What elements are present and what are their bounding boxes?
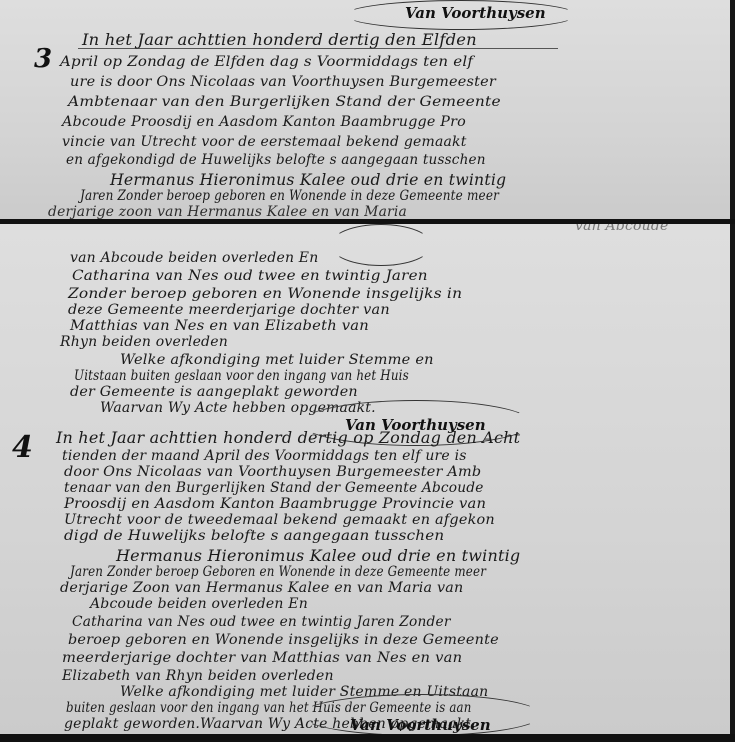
entry-3-line-7: en afgekondigd de Huwelijks belofte s aa… [66,152,486,168]
carry-over-text: van Abcoude [575,224,669,234]
entry-4-line-17: geplakt geworden. [64,716,200,732]
entry-3-line-4: Ambtenaar van den Burgerlijken Stand der… [68,94,501,110]
entry-4-line-1: tienden der maand April des Voormiddags … [62,448,467,464]
entry-4-line-8: Jaren Zonder beroep Geboren en Wonende i… [70,564,486,580]
entry-4-line-2: door Ons Nicolaas van Voorthuysen Burgem… [64,464,481,480]
entry-3-line-5: Abcoude Proosdij en Aasdom Kanton Baambr… [62,114,466,130]
continuation-line-3: deze Gemeente meerderjarige dochter van [68,302,390,318]
entry-4-line-10: Abcoude beiden overleden En [90,596,308,612]
entry-4-line-5: Utrecht voor de tweedemaal bekend gemaak… [64,512,495,528]
entry-4-line-11: Catharina van Nes oud twee en twintig Ja… [72,614,451,630]
entry-4-line-3: tenaar van den Burgerlijken Stand der Ge… [64,480,484,496]
entry-3-line-6: vincie van Utrecht voor de eerstemaal be… [62,134,467,150]
document-page-bottom: van Abcoude van Abcoude beiden overleden… [0,224,735,734]
entry-3-line-2: April op Zondag de Elfden dag s Voormidd… [60,54,473,70]
entry-4-line-7: Hermanus Hieronimus Kalee oud drie en tw… [116,546,520,565]
continuation-line-5: Rhyn beiden overleden [60,334,228,350]
document-fragment-top: Van Voorthuysen 3 In het Jaar achttien h… [0,0,735,219]
entry-3-line-0: In het Jaar achttien honderd dertig den … [82,30,477,49]
continuation-line-8: der Gemeente is aangeplakt geworden [70,384,358,400]
entry-number-3: 3 [34,44,52,74]
continuation-line-7: Uitstaan buiten geslaan voor den ingang … [74,368,409,384]
continuation-line-4: Matthias van Nes en van Elizabeth van [70,318,369,334]
page-bottom-edge [0,734,735,742]
decorative-flourish [330,224,432,266]
entry-4-line-4: Proosdij en Aasdom Kanton Baambrugge Pro… [64,496,486,512]
entry-4-line-6: digd de Huwelijks belofte s aangegaan tu… [64,528,444,544]
continuation-line-2: Zonder beroep geboren en Wonende insgeli… [68,286,462,302]
entry-4-line-13: meerderjarige dochter van Matthias van N… [62,650,462,666]
continuation-line-6: Welke afkondiging met luider Stemme en [120,352,434,368]
entry-3-line-8: Hermanus Hieronimus Kalee oud drie en tw… [110,170,506,189]
signature-flourish [300,694,542,734]
entry-number-4: 4 [12,430,33,465]
entry-4-line-12: beroep geboren en Wonende insgelijks in … [68,632,499,648]
entry-4-line-14: Elizabeth van Rhyn beiden overleden [62,668,334,684]
continuation-line-0: van Abcoude beiden overleden En [70,250,318,266]
entry-3-line-9: Jaren Zonder beroep geboren en Wonende i… [80,188,499,204]
entry-3-line-10: derjarige zoon van Hermanus Kalee en van… [48,204,407,219]
entry-4-line-9: derjarige Zoon van Hermanus Kalee en van… [60,580,463,596]
signature-flourish [345,0,577,30]
continuation-line-1: Catharina van Nes oud twee en twintig Ja… [72,268,428,284]
entry-3-line-3: ure is door Ons Nicolaas van Voorthuysen… [70,74,496,90]
entry-4-line-0: In het Jaar achttien honderd dertig op Z… [56,428,520,447]
